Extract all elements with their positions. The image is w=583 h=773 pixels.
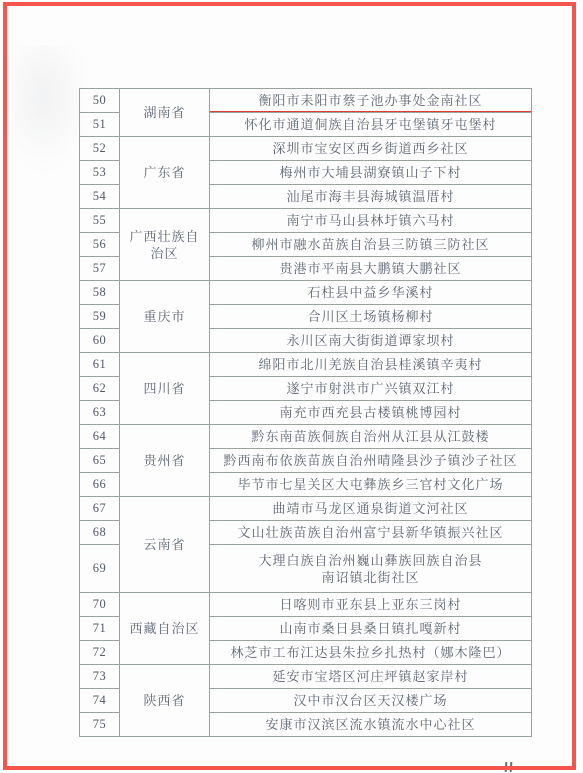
row-number-cell: 60 [80,329,120,353]
site-roster-table: 50 湖南省 衡阳市耒阳市蔡子池办事处金南社区 51 怀化市通道侗族自治县牙屯堡… [79,88,532,737]
table-row: 67 云南省 曲靖市马龙区通泉街道文河社区 [80,497,532,521]
table-row: 61 四川省 绵阳市北川羌族自治县桂溪镇辛夷村 [80,353,532,377]
scanned-document-page: 50 湖南省 衡阳市耒阳市蔡子池办事处金南社区 51 怀化市通道侗族自治县牙屯堡… [0,0,583,773]
site-name-cell: 文山壮族苗族自治州富宁县新华镇振兴社区 [210,521,532,545]
province-cell: 贵州省 [120,425,210,497]
site-name-cell: 遂宁市射洪市广兴镇双江村 [210,377,532,401]
scan-artifact-mark [502,762,516,773]
site-name-cell: 毕节市七星关区大屯彝族乡三官村文化广场 [210,473,532,497]
row-number-cell: 65 [80,449,120,473]
row-number-cell: 68 [80,521,120,545]
row-number-cell: 64 [80,425,120,449]
site-name-cell: 日喀则市亚东县上亚东三岗村 [210,593,532,617]
site-name-cell: 贵港市平南县大鹏镇大鹏社区 [210,257,532,281]
row-number-cell: 58 [80,281,120,305]
province-cell: 广东省 [120,137,210,209]
site-name-cell: 柳州市融水苗族自治县三防镇三防社区 [210,233,532,257]
site-name-cell: 永川区南大街街道谭家坝村 [210,329,532,353]
site-name-cell: 梅州市大埔县湖寮镇山子下村 [210,161,532,185]
site-name-cell: 黔东南苗族侗族自治州从江县从江鼓楼 [210,425,532,449]
site-name-cell: 曲靖市马龙区通泉街道文河社区 [210,497,532,521]
table-row: 58 重庆市 石柱县中益乡华溪村 [80,281,532,305]
site-name-cell: 绵阳市北川羌族自治县桂溪镇辛夷村 [210,353,532,377]
site-name-cell: 延安市宝塔区河庄坪镇赵家岸村 [210,665,532,689]
row-number-cell: 74 [80,689,120,713]
table-row: 73 陕西省 延安市宝塔区河庄坪镇赵家岸村 [80,665,532,689]
site-name-cell: 石柱县中益乡华溪村 [210,281,532,305]
site-name-cell: 汕尾市海丰县海城镇温厝村 [210,185,532,209]
site-name-cell: 大理白族自治州巍山彝族回族自治县 南诏镇北街社区 [210,545,532,593]
site-name-cell: 南充市西充县古楼镇桃博园村 [210,401,532,425]
table-row: 52 广东省 深圳市宝安区西乡街道西乡社区 [80,137,532,161]
table-row: 50 湖南省 衡阳市耒阳市蔡子池办事处金南社区 [80,89,532,113]
site-name-cell: 林芝市工布江达县朱拉乡扎热村（娜木隆巴） [210,641,532,665]
table-row: 70 西藏自治区 日喀则市亚东县上亚东三岗村 [80,593,532,617]
row-number-cell: 54 [80,185,120,209]
site-name-cell: 南宁市马山县林圩镇六马村 [210,209,532,233]
row-number-cell: 51 [80,113,120,137]
site-name-cell: 安康市汉滨区流水镇流水中心社区 [210,713,532,737]
site-name-cell: 黔西南布依族苗族自治州晴隆县沙子镇沙子社区 [210,449,532,473]
site-name-cell: 深圳市宝安区西乡街道西乡社区 [210,137,532,161]
province-cell: 云南省 [120,497,210,593]
row-number-cell: 67 [80,497,120,521]
row-number-cell: 72 [80,641,120,665]
site-name-cell: 汉中市汉台区天汉楼广场 [210,689,532,713]
province-cell: 四川省 [120,353,210,425]
row-number-cell: 53 [80,161,120,185]
row-number-cell: 50 [80,89,120,113]
row-number-cell: 57 [80,257,120,281]
province-cell: 湖南省 [120,89,210,137]
site-name-cell: 山南市桑日县桑日镇扎嘎新村 [210,617,532,641]
row-number-cell: 63 [80,401,120,425]
row-number-cell: 70 [80,593,120,617]
row-number-cell: 66 [80,473,120,497]
table-row: 64 贵州省 黔东南苗族侗族自治州从江县从江鼓楼 [80,425,532,449]
province-cell: 陕西省 [120,665,210,737]
site-name-text: 衡阳市耒阳市蔡子池办事处金南社区 [258,93,482,108]
row-number-cell: 56 [80,233,120,257]
row-number-cell: 69 [80,545,120,593]
row-number-cell: 59 [80,305,120,329]
site-name-cell: 合川区土场镇杨柳村 [210,305,532,329]
row-number-cell: 62 [80,377,120,401]
row-number-cell: 73 [80,665,120,689]
row-number-cell: 55 [80,209,120,233]
province-cell: 重庆市 [120,281,210,353]
row-number-cell: 75 [80,713,120,737]
row-number-cell: 61 [80,353,120,377]
province-cell: 广西壮族自治区 [120,209,210,281]
row-number-cell: 52 [80,137,120,161]
row-number-cell: 71 [80,617,120,641]
site-name-cell-highlighted: 衡阳市耒阳市蔡子池办事处金南社区 [210,89,532,113]
site-name-cell: 怀化市通道侗族自治县牙屯堡镇牙屯堡村 [210,113,532,137]
table-row: 55 广西壮族自治区 南宁市马山县林圩镇六马村 [80,209,532,233]
province-cell: 西藏自治区 [120,593,210,665]
